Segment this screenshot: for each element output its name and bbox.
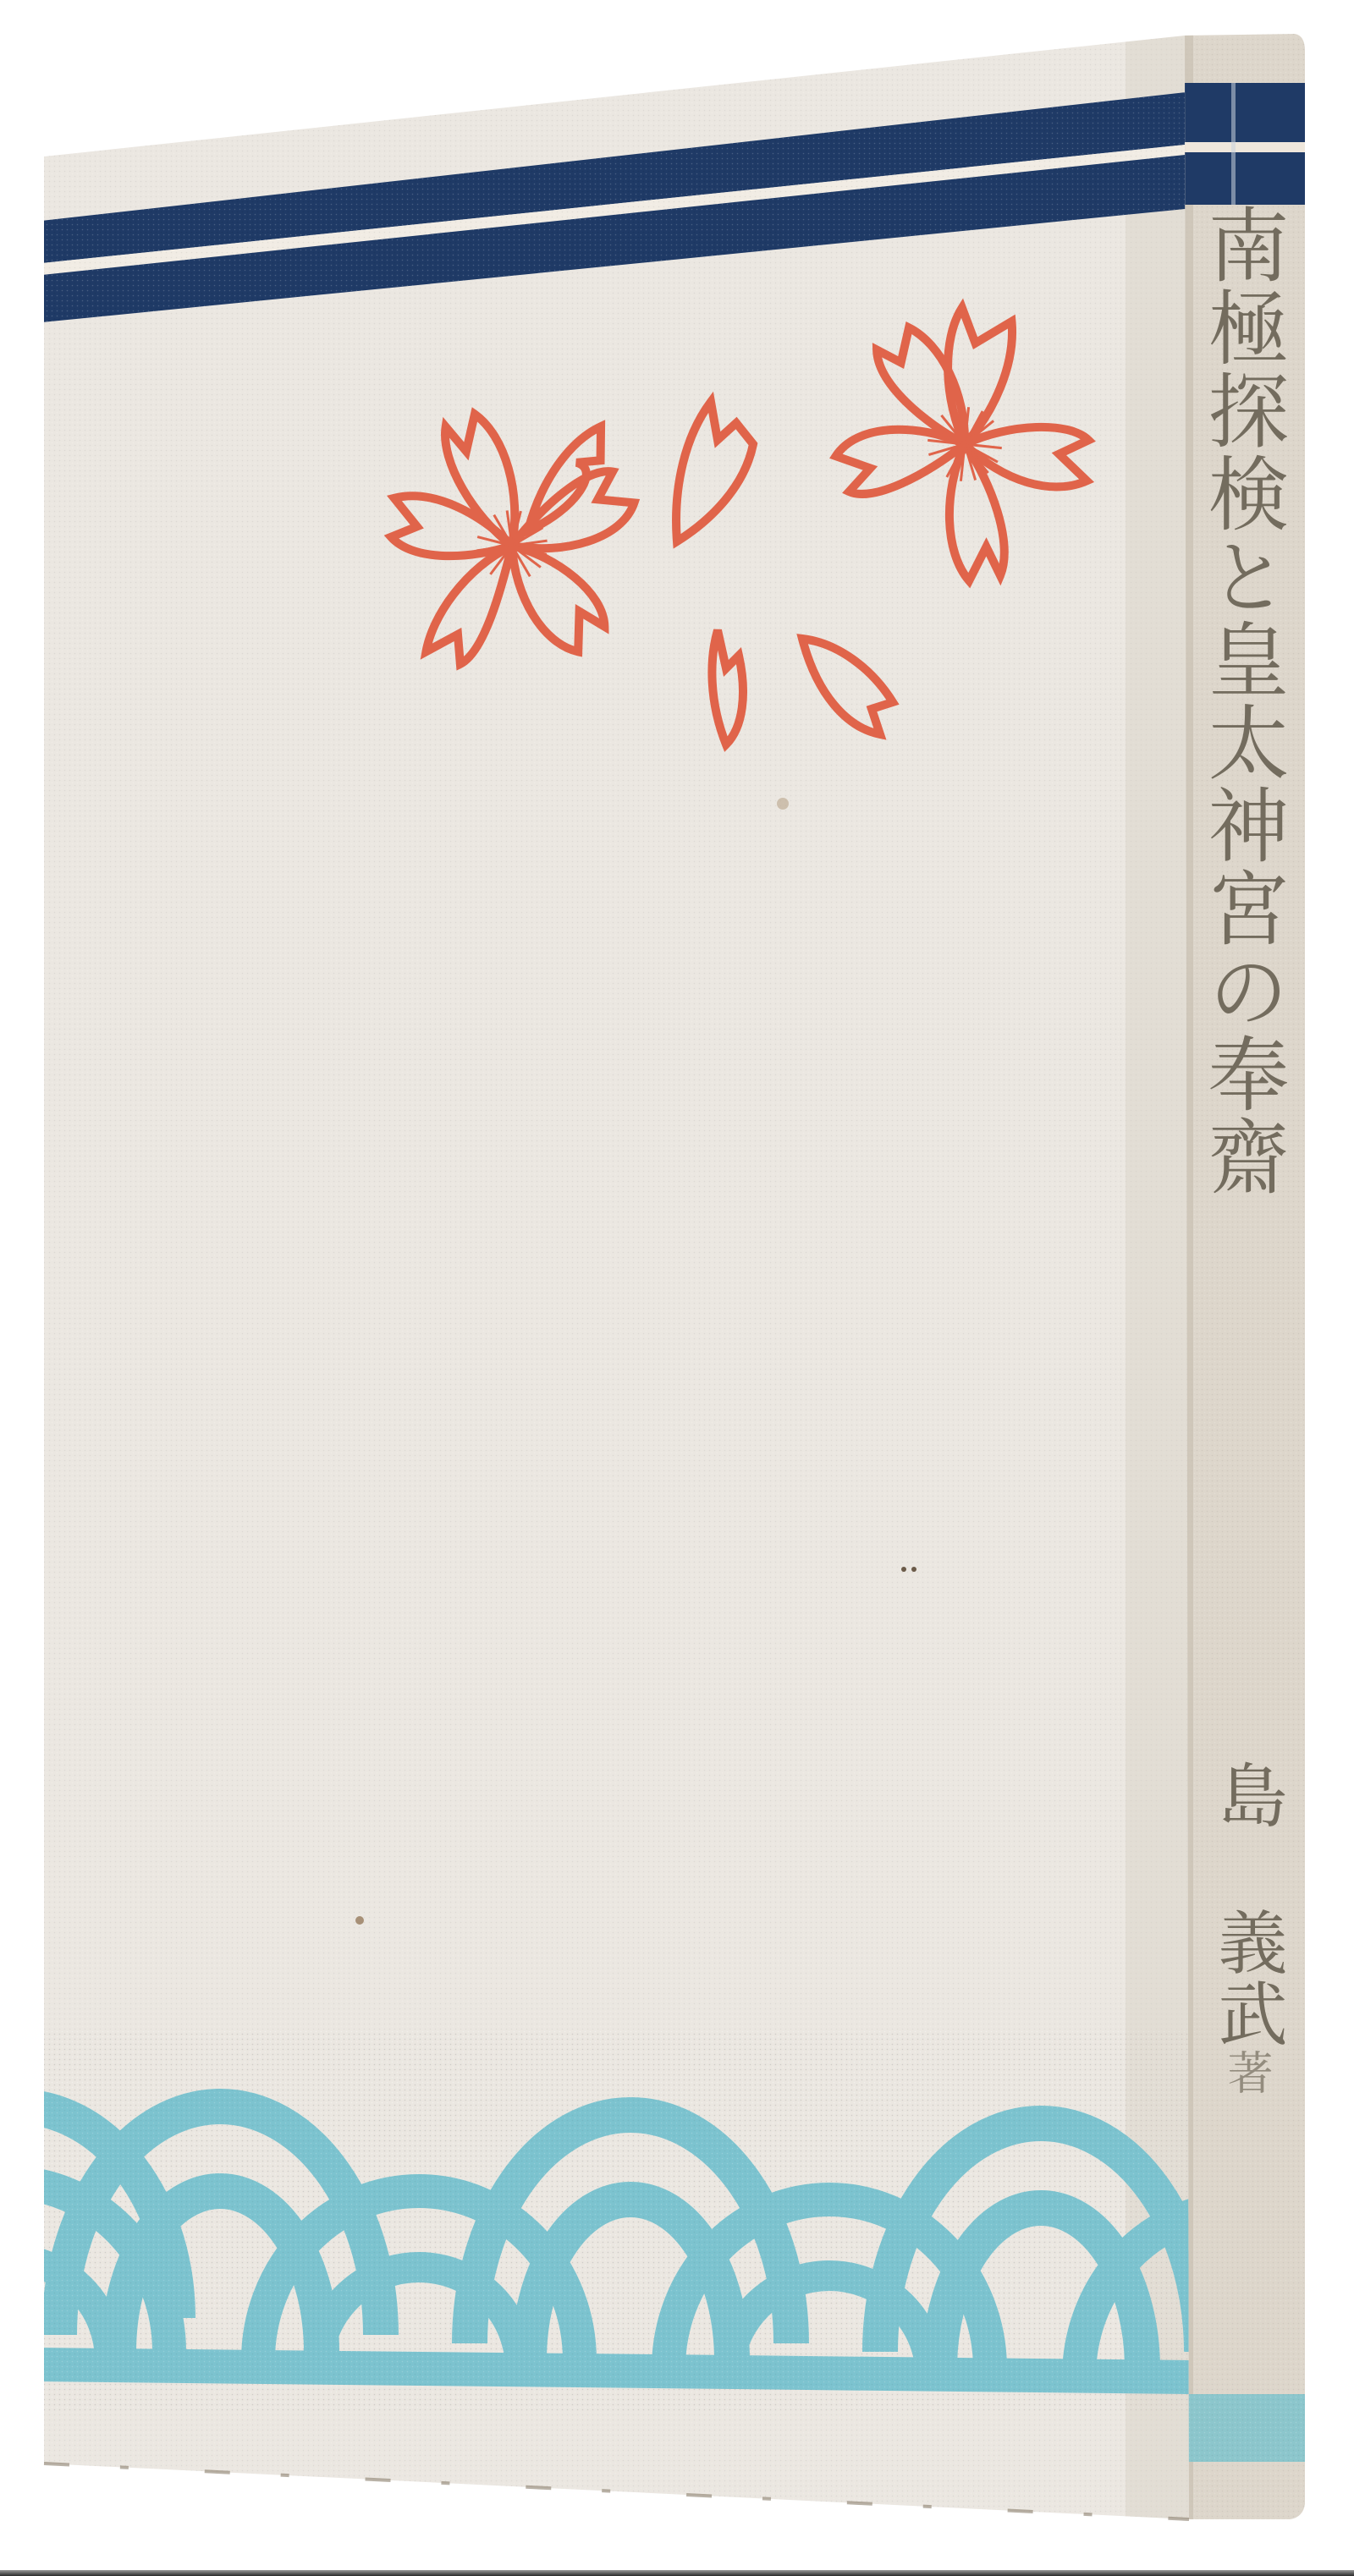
author-given-name: 義武 bbox=[1207, 1907, 1287, 2049]
bottom-edge-bar bbox=[0, 2570, 1354, 2576]
author-suffix: 著 bbox=[1220, 2049, 1274, 2096]
book-illustration bbox=[0, 0, 1354, 2576]
book-photo: 南極探検と皇太神宮の奉齋 島義武著 bbox=[0, 0, 1354, 2576]
wave-motif bbox=[0, 2030, 1354, 2411]
spine-author: 島義武著 bbox=[1208, 1760, 1285, 2096]
spine-title: 南極探検と皇太神宮の奉齋 bbox=[1200, 203, 1285, 1198]
front-cover bbox=[0, 0, 1354, 2576]
author-surname: 島 bbox=[1207, 1760, 1287, 1831]
